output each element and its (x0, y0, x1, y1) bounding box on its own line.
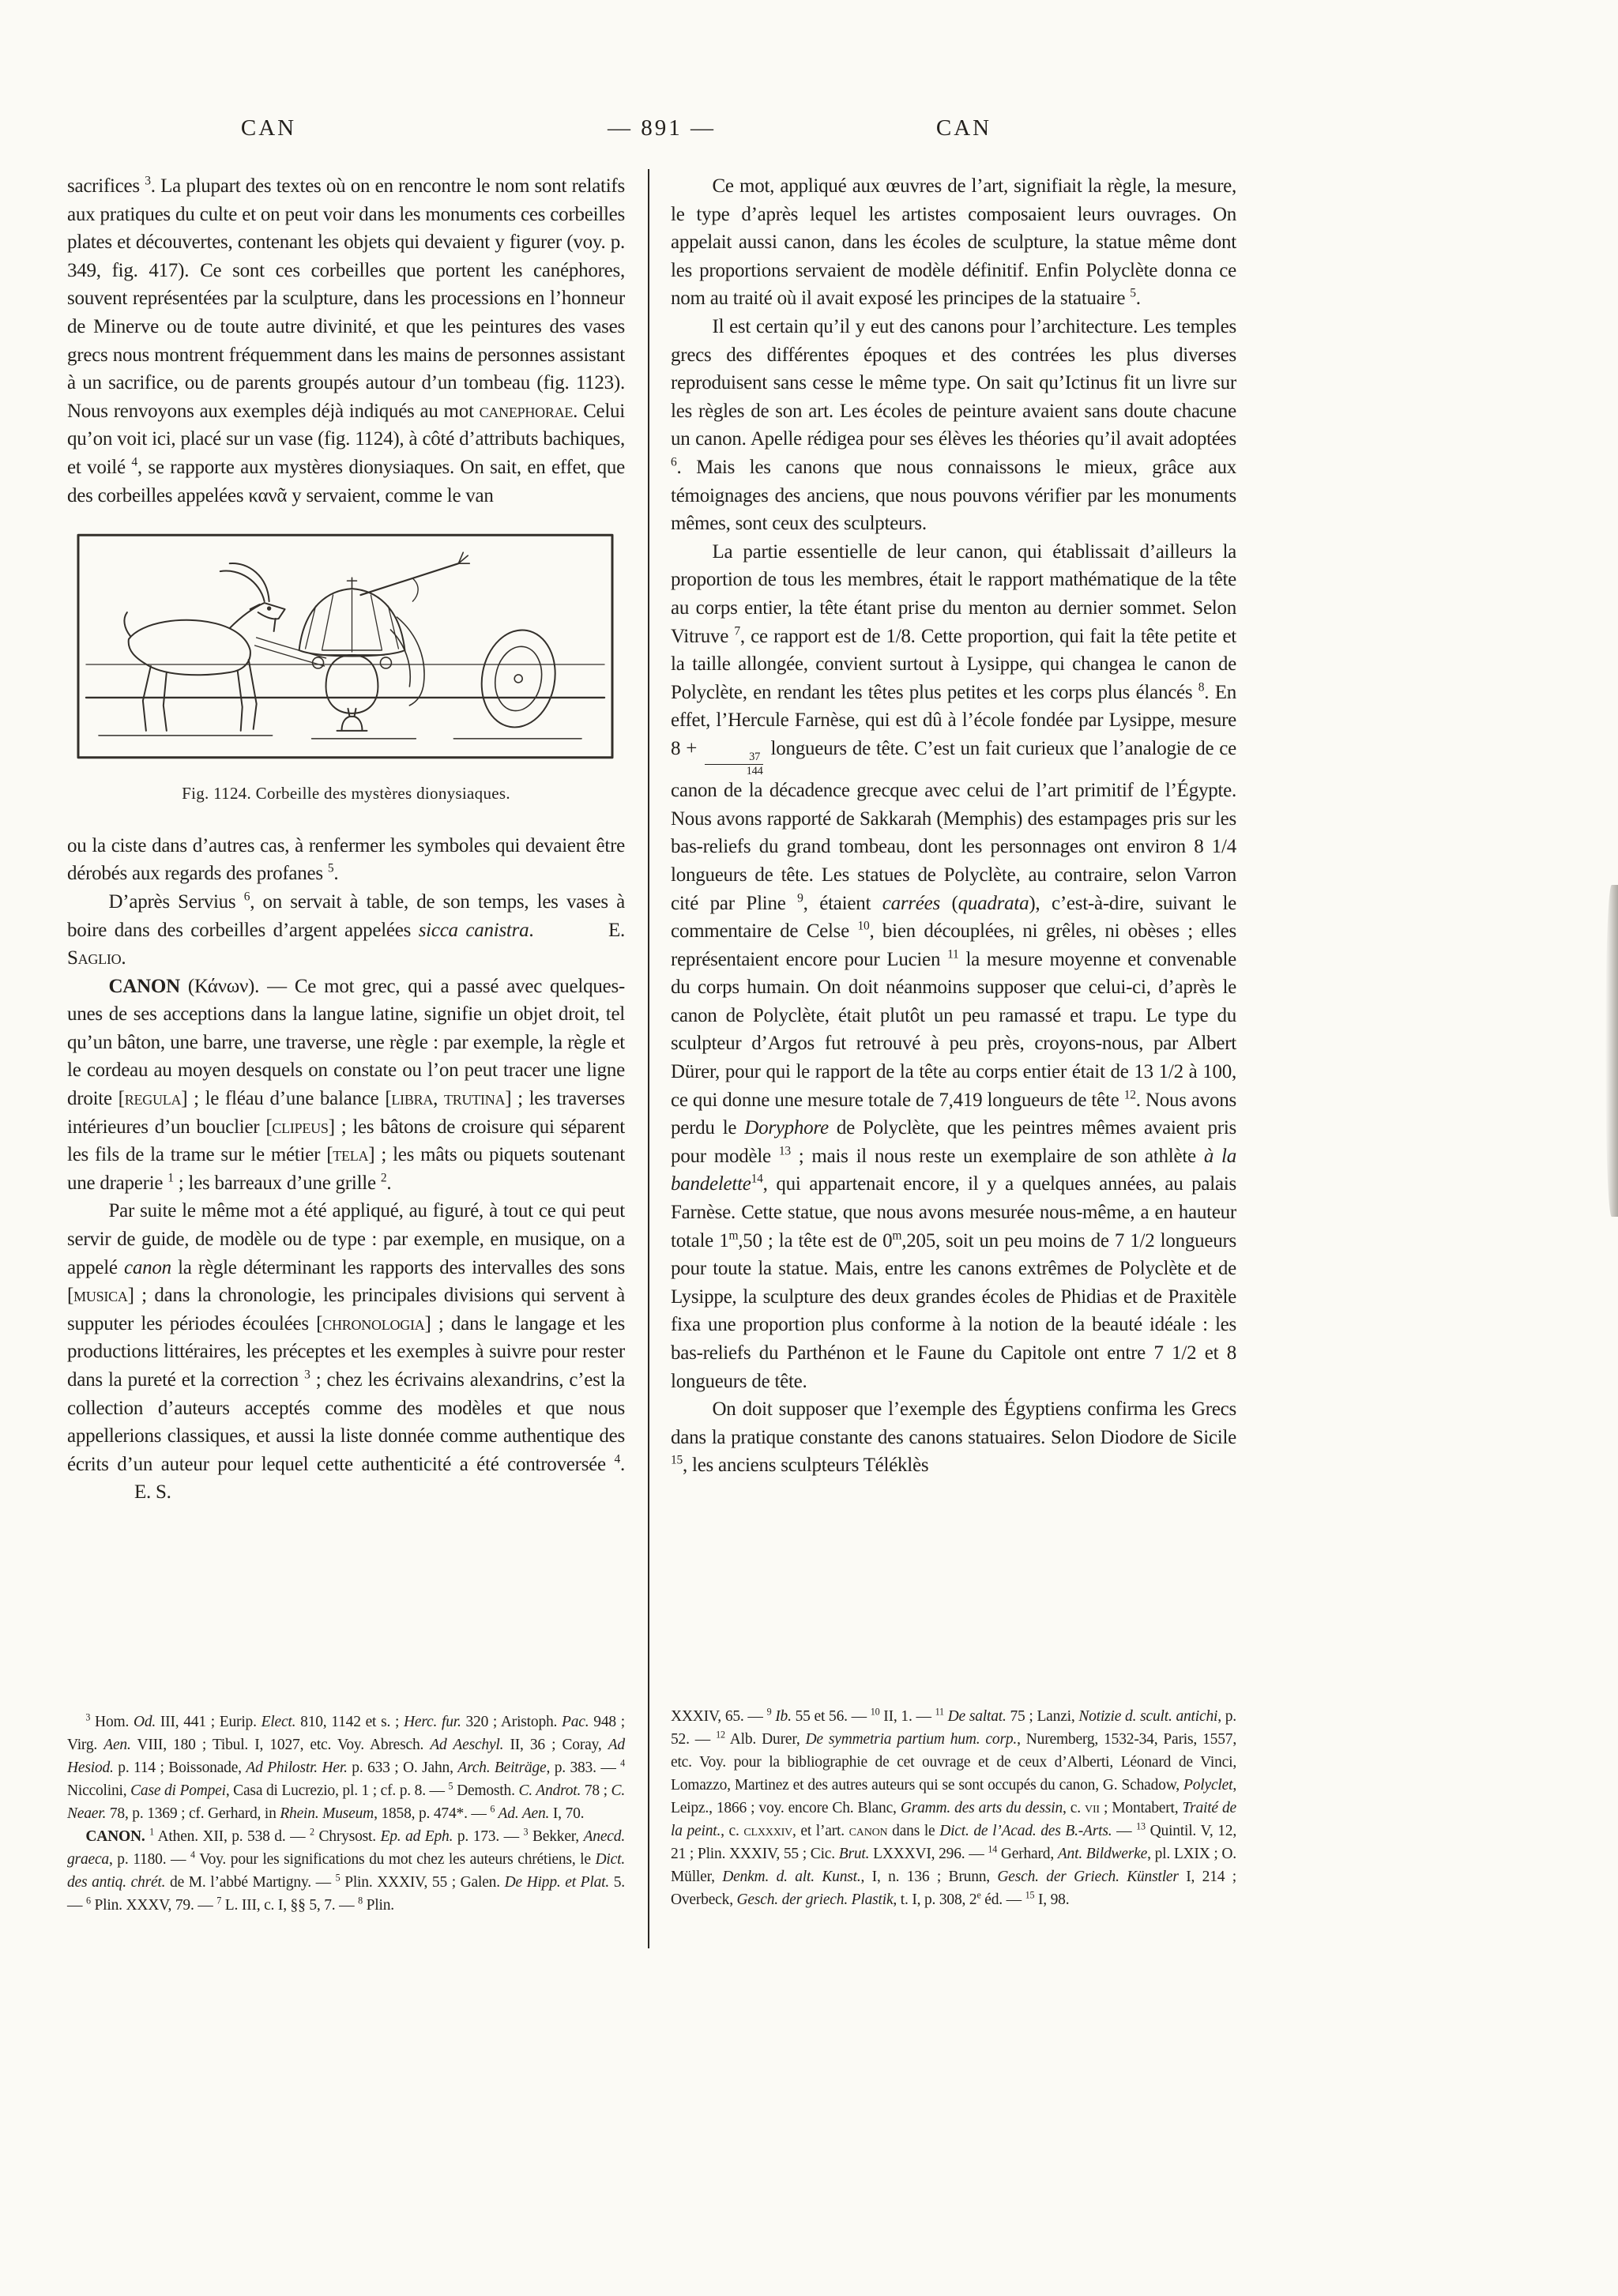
footnote-ref: m (892, 1229, 901, 1242)
paragraph: CANON (Κάνων). — Ce mot grec, qui a pass… (67, 973, 625, 1198)
text-frac: 37144 (705, 751, 763, 777)
text-run: , se rapporte aux mystères dionysiaques.… (67, 457, 625, 506)
text-b: CANON. (85, 1828, 145, 1845)
text-run: Gerhard, (997, 1846, 1058, 1862)
text-sc: tela (333, 1144, 368, 1165)
text-run: I, 98. (1034, 1891, 1069, 1908)
text-run: , 1858, p. 474*. — (374, 1805, 490, 1822)
text-run: sacrifices (67, 175, 145, 197)
text-run: , t. I, p. 308, 2 (893, 1891, 976, 1908)
text-sc: canephorae (480, 401, 574, 422)
text-run: ] ; le fléau d’une balance [ (181, 1088, 391, 1109)
text-run: ; Montabert, (1100, 1800, 1183, 1816)
footnote-ref: 15 (1025, 1890, 1035, 1901)
text-run: ou la ciste dans d’autres cas, à renferm… (67, 835, 625, 885)
figure-1124: Fig. 1124. Corbeille des mystères dionys… (67, 532, 625, 808)
figure-frame (78, 535, 612, 758)
text-run: Ce mot, appliqué aux œuvres de l’art, si… (671, 175, 1236, 309)
text-run: 810, 1142 et s. ; (295, 1714, 404, 1730)
footnote-ref: 4 (615, 1452, 621, 1466)
disc-drawing (474, 624, 563, 733)
text-i: Rhein. Museum (280, 1805, 374, 1822)
text-i: Ep. ad Eph. (381, 1828, 453, 1845)
text-run: — (1112, 1823, 1136, 1839)
text-i: Ad Philostr. Her. (246, 1760, 347, 1776)
footnote-ref: 3 (145, 175, 151, 188)
footnote-ref: 12 (1124, 1088, 1136, 1101)
footnote-ref: 1 (167, 1172, 174, 1185)
paragraph: Ce mot, appliqué aux œuvres de l’art, si… (671, 172, 1236, 313)
paragraph: 3 Hom. Od. III, 441 ; Eurip. Elect. 810,… (67, 1711, 625, 1825)
footnote-ref: 5 (1130, 287, 1136, 300)
text-run: ,205, soit un peu moins de 7 1/2 longueu… (671, 1230, 1236, 1392)
footnote-ref: 13 (779, 1145, 791, 1158)
footnote-ref: 9 (797, 891, 803, 905)
text-run: . (529, 920, 541, 941)
text-run: ; les barreaux d’une grille (174, 1172, 381, 1194)
text-i: Ad. Aen. (495, 1805, 549, 1822)
text-run: Chrysost. (314, 1828, 381, 1845)
footnote-ref: 11 (935, 1707, 944, 1718)
text-run: Il est certain qu’il y eut des canons po… (671, 316, 1236, 450)
text-run: II, 36 ; Coray, (503, 1737, 608, 1753)
text-run: , (433, 1088, 444, 1109)
footnote-ref: 12 (716, 1730, 725, 1741)
text-i: Polyclet (1183, 1777, 1232, 1794)
text-i: Notizie d. scult. antichi (1078, 1708, 1217, 1725)
paragraph: On doit supposer que l’exemple des Égypt… (671, 1395, 1236, 1480)
paragraph: Par suite le même mot a été appliqué, au… (67, 1197, 625, 1507)
text-run: , et l’art. (792, 1823, 849, 1839)
footnote-ref: 6 (671, 456, 677, 469)
text-run: 320 ; Aristoph. (461, 1714, 562, 1730)
footnote-ref: 7 (734, 624, 740, 638)
text-run: Hom. (90, 1714, 134, 1730)
paragraph: La partie essentielle de leur canon, qui… (671, 538, 1236, 1395)
text-i: Dict. de l’Acad. des B.-Arts. (939, 1823, 1112, 1839)
text-run: Niccolini, (67, 1782, 130, 1799)
text-run: , I, n. 136 ; Brunn, (861, 1869, 998, 1885)
footnote-ref: 10 (871, 1707, 880, 1718)
text-sc: trutina (444, 1088, 505, 1109)
footnote-ref: 13 (1136, 1821, 1146, 1832)
text-i: Gramm. des arts du dessin (901, 1800, 1063, 1816)
left-column: sacrifices 3. La plupart des textes où o… (67, 172, 625, 1507)
text-run: p. 114 ; Boissonade, (114, 1760, 246, 1776)
text-i: Ant. Bildwerke (1058, 1846, 1147, 1862)
text-run: II, 1. — (879, 1708, 935, 1725)
footnote-ref: 4 (131, 456, 137, 469)
column-divider (648, 169, 649, 1948)
text-run: Athen. XII, p. 538 d. — (154, 1828, 310, 1845)
text-i: Gesch. der griech. Plastik (737, 1891, 894, 1908)
text-sc: canon (849, 1823, 888, 1839)
text-run: VIII, 180 ; Tibul. I, 1027, etc. Voy. Ab… (131, 1737, 431, 1753)
footnotes-right: XXXIV, 65. — 9 Ib. 55 et 56. — 10 II, 1.… (671, 1705, 1236, 1911)
text-run: ( (940, 893, 958, 914)
paragraph: sacrifices 3. La plupart des textes où o… (67, 172, 625, 510)
text-run: Plin. XXXIV, 55 ; Galen. (340, 1874, 504, 1891)
footnote-ref: 3 (304, 1368, 310, 1382)
text-run: Bekker, (528, 1828, 583, 1845)
text-i: De saltat. (944, 1708, 1007, 1725)
text-sc: vii (1085, 1800, 1100, 1816)
left-column-top-paragraphs: sacrifices 3. La plupart des textes où o… (67, 172, 625, 510)
goat-drawing (124, 563, 325, 731)
text-sc: chronologia (322, 1313, 424, 1334)
text-run: LXXXVI, 296. — (869, 1846, 988, 1862)
scan-artifact (1605, 885, 1618, 1217)
text-i: De symmetria partium hum. corp. (806, 1731, 1018, 1748)
text-sc: clxxxiv (743, 1823, 792, 1839)
text-sig: E. S. (134, 1481, 171, 1503)
text-i: Pac. (562, 1714, 589, 1730)
paragraph: D’après Servius 6, on servait à table, d… (67, 888, 625, 973)
text-i: canon (124, 1257, 171, 1278)
text-i: De Hipp. et Plat. (505, 1874, 609, 1891)
text-run: , les anciens sculpteurs Téléklès (683, 1455, 928, 1476)
footnote-ref: 10 (857, 920, 869, 933)
text-sc: regula (125, 1088, 182, 1109)
right-column: Ce mot, appliqué aux œuvres de l’art, si… (671, 172, 1236, 1480)
text-run: . Mais les canons que nous connaissons l… (671, 457, 1236, 534)
text-i: Brut. (839, 1846, 870, 1862)
text-run: Alb. Durer, (725, 1731, 806, 1748)
scanned-book-page: CAN — 891 — CAN sacrifices 3. La plupart… (0, 0, 1618, 2296)
page-number: — 891 — (67, 115, 1256, 141)
text-i: Od. (134, 1714, 156, 1730)
text-i: Gesch. der Griech. Künstler (997, 1869, 1178, 1885)
running-head-right: CAN (897, 115, 1031, 141)
text-run: . (333, 863, 338, 884)
text-run: 55 et 56. — (792, 1708, 871, 1725)
text-run: ; mais il nous reste un exemplaire de so… (791, 1146, 1204, 1167)
text-run: Voy. pour les significations du mot chez… (195, 1851, 596, 1868)
footnote-ref: 11 (947, 947, 958, 961)
paragraph: XXXIV, 65. — 9 Ib. 55 et 56. — 10 II, 1.… (671, 1705, 1236, 1911)
text-run: . (1136, 288, 1141, 309)
left-column-bottom-paragraphs: ou la ciste dans d’autres cas, à renferm… (67, 832, 625, 1507)
text-run: Demosth. (453, 1782, 518, 1799)
text-sc: clipeus (272, 1116, 328, 1138)
text-i: Ib. (771, 1708, 791, 1725)
text-i: Denkm. d. alt. Kunst. (722, 1869, 860, 1885)
footnote-ref: 14 (988, 1844, 997, 1855)
text-i: Aen. (103, 1737, 130, 1753)
text-i: carrées (882, 893, 940, 914)
paragraph: CANON. 1 Athen. XII, p. 538 d. — 2 Chrys… (67, 1825, 625, 1917)
text-i: quadrata (958, 893, 1029, 914)
text-run: . (386, 1172, 391, 1194)
text-run: dans le (887, 1823, 939, 1839)
text-run: . La plupart des textes où on en rencont… (67, 175, 625, 422)
text-i: sicca canistra (419, 920, 529, 941)
text-i: Ad Aeschyl. (430, 1737, 503, 1753)
vase-drawing (313, 650, 392, 731)
text-run: , p. 1180. — (109, 1851, 190, 1868)
text-run: , ce rapport est de 1/8. Cette proportio… (671, 626, 1236, 703)
text-run: de M. l’abbé Martigny. — (165, 1874, 335, 1891)
text-run: , p. 383. — (546, 1760, 620, 1776)
text-run: p. 173. — (453, 1828, 523, 1845)
text-run: , Casa di Lucrezio, pl. 1 ; cf. p. 8. — (226, 1782, 449, 1799)
figure-engraving (75, 532, 615, 761)
text-i: Arch. Beiträge (457, 1760, 546, 1776)
text-run: . (620, 1454, 625, 1475)
footnote-ref: m (728, 1229, 738, 1242)
paragraph: ou la ciste dans d’autres cas, à renferm… (67, 832, 625, 888)
footnotes-left: 3 Hom. Od. III, 441 ; Eurip. Elect. 810,… (67, 1711, 625, 1917)
paragraph: Il est certain qu’il y eut des canons po… (671, 313, 1236, 538)
text-run: D’après Servius (109, 891, 244, 913)
figure-caption: Fig. 1124. Corbeille des mystères dionys… (67, 780, 625, 808)
text-i: Elect. (262, 1714, 296, 1730)
text-run: , c. (721, 1823, 743, 1839)
text-run: , c. (1063, 1800, 1085, 1816)
text-i: Doryphore (744, 1117, 829, 1139)
text-i: Case di Pompei (130, 1782, 226, 1799)
text-run: 78, p. 1369 ; cf. Gerhard, in (106, 1805, 280, 1822)
footnote-ref: 14 (751, 1172, 763, 1186)
text-b: CANON (109, 976, 180, 997)
text-run: XXXIV, 65. — (671, 1708, 767, 1725)
text-run: la mesure moyenne et convenable du corps… (671, 949, 1236, 1111)
text-run: p. 633 ; O. Jahn, (348, 1760, 458, 1776)
text-run: Plin. XXXV, 79. — (91, 1897, 216, 1914)
text-sc: libra (391, 1088, 433, 1109)
text-i: Herc. fur. (404, 1714, 461, 1730)
text-run: 75 ; Lanzi, (1007, 1708, 1079, 1725)
text-run: L. III, c. I, §§ 5, 7. — (221, 1897, 358, 1914)
text-run: 78 ; (581, 1782, 611, 1799)
text-run: , étaient (803, 893, 882, 914)
text-run: Plin. (363, 1897, 394, 1914)
text-run: On doit supposer que l’exemple des Égypt… (671, 1398, 1236, 1448)
footnote-ref: 4 (620, 1758, 625, 1769)
footnote-ref: 15 (671, 1454, 683, 1467)
text-run: ,50 ; la tête est de 0 (738, 1230, 892, 1252)
basket-drawing (299, 552, 470, 706)
text-run: I, 70. (549, 1805, 584, 1822)
text-sc: musica (73, 1285, 128, 1306)
text-i: C. Androt. (518, 1782, 581, 1799)
text-run: III, 441 ; Eurip. (156, 1714, 262, 1730)
text-run: éd. — (981, 1891, 1025, 1908)
